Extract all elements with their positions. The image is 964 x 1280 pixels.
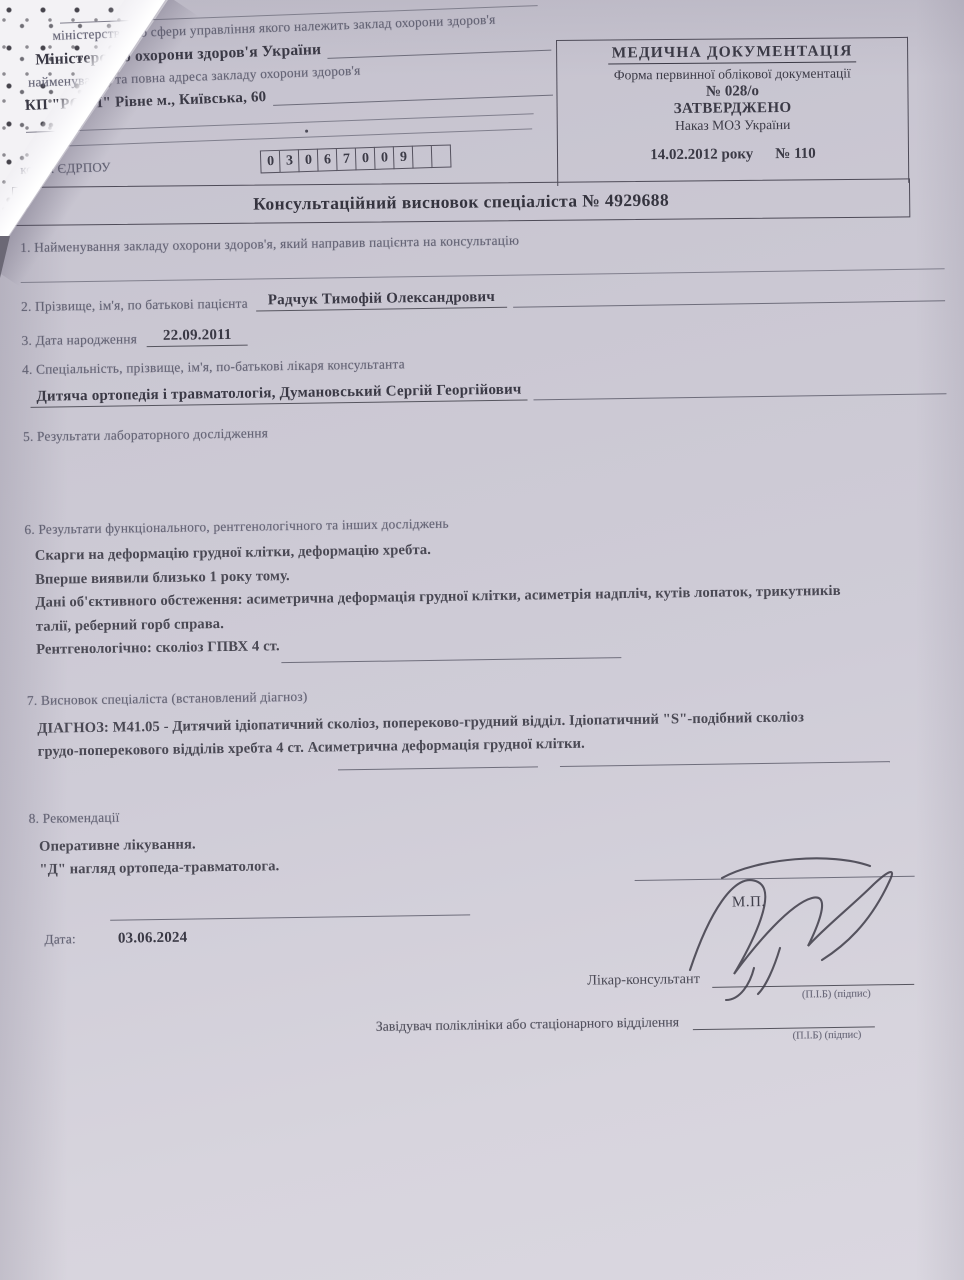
edrpou-label: код за ЄДРПОУ	[20, 159, 111, 178]
form-subtitle: Форма первинної облікової документації	[557, 65, 907, 84]
birth-date-value: 22.09.2011	[147, 327, 248, 347]
order-number: № 110	[775, 146, 816, 162]
edrpou-box-9	[413, 145, 433, 169]
document-photo: міністерства, до сфери управління якого …	[0, 0, 964, 1280]
blank-line	[21, 268, 945, 283]
blank-line	[635, 875, 915, 880]
edrpou-box-2: 3	[280, 149, 300, 173]
medical-documentation-title: МЕДИЧНА ДОКУМЕНТАЦІЯ	[608, 42, 857, 64]
blank-line	[534, 393, 947, 400]
field-3-label: 3. Дата народження	[21, 331, 137, 349]
field-4-label: 4. Спеціальність, прізвище, ім'я, по-бат…	[22, 348, 946, 378]
facility-address-value: КП "РОДЛ" Рівне м., Київська, 60	[25, 89, 267, 115]
date-label: Дата:	[44, 931, 76, 948]
blank-line	[560, 761, 890, 767]
stamp-place-label: М.П.	[732, 894, 766, 911]
field-7-label: 7. Висновок спеціаліста (встановлений ді…	[27, 679, 951, 709]
form-body: 1. Найменування закладу охорони здоров'я…	[20, 220, 956, 1052]
header-left-block: міністерства, до сфери управління якого …	[22, 5, 554, 148]
edrpou-box-1: 0	[260, 150, 281, 174]
field-8-label: 8. Рекомендації	[29, 797, 953, 827]
blank-line	[273, 95, 553, 106]
edrpou-box-4: 6	[318, 148, 338, 172]
blank-line	[110, 914, 470, 920]
edrpou-box-5: 7	[337, 147, 357, 171]
blank-line	[338, 766, 538, 770]
head-of-department-label: Завідувач поліклініки або стаціонарного …	[376, 1014, 680, 1034]
ink-dot	[305, 130, 308, 133]
blank-line	[26, 113, 534, 133]
edrpou-box-6: 0	[356, 147, 376, 171]
doctor-consultant-label: Лікар-консультант	[587, 970, 700, 989]
edrpou-box-8: 9	[394, 146, 414, 170]
page-title: Консультаційний висновок спеціаліста № 4…	[253, 190, 669, 215]
order-date: 14.02.2012 року	[650, 146, 753, 163]
signature-line	[712, 983, 914, 987]
patient-name-value: Радчук Тимофій Олександрович	[256, 289, 507, 312]
field-2-label: 2. Прізвище, ім'я, по батькові пацієнта	[21, 296, 248, 315]
date-value: 03.06.2024	[118, 929, 188, 947]
edrpou-box-3: 0	[299, 149, 319, 173]
doctor-specialty-value: Дитяча ортопедія і травматологія, Думано…	[30, 381, 527, 407]
field-5-label: 5. Результати лабораторного дослідження	[23, 415, 947, 445]
edrpou-box-10	[432, 144, 452, 168]
order-label: Наказ МОЗ України	[558, 116, 908, 135]
blank-line	[513, 300, 945, 307]
header-right-block: МЕДИЧНА ДОКУМЕНТАЦІЯ Форма первинної обл…	[556, 37, 909, 186]
edrpou-box-7: 0	[375, 146, 395, 170]
signature-hint: (П.І.Б) (підпис)	[731, 987, 941, 1001]
